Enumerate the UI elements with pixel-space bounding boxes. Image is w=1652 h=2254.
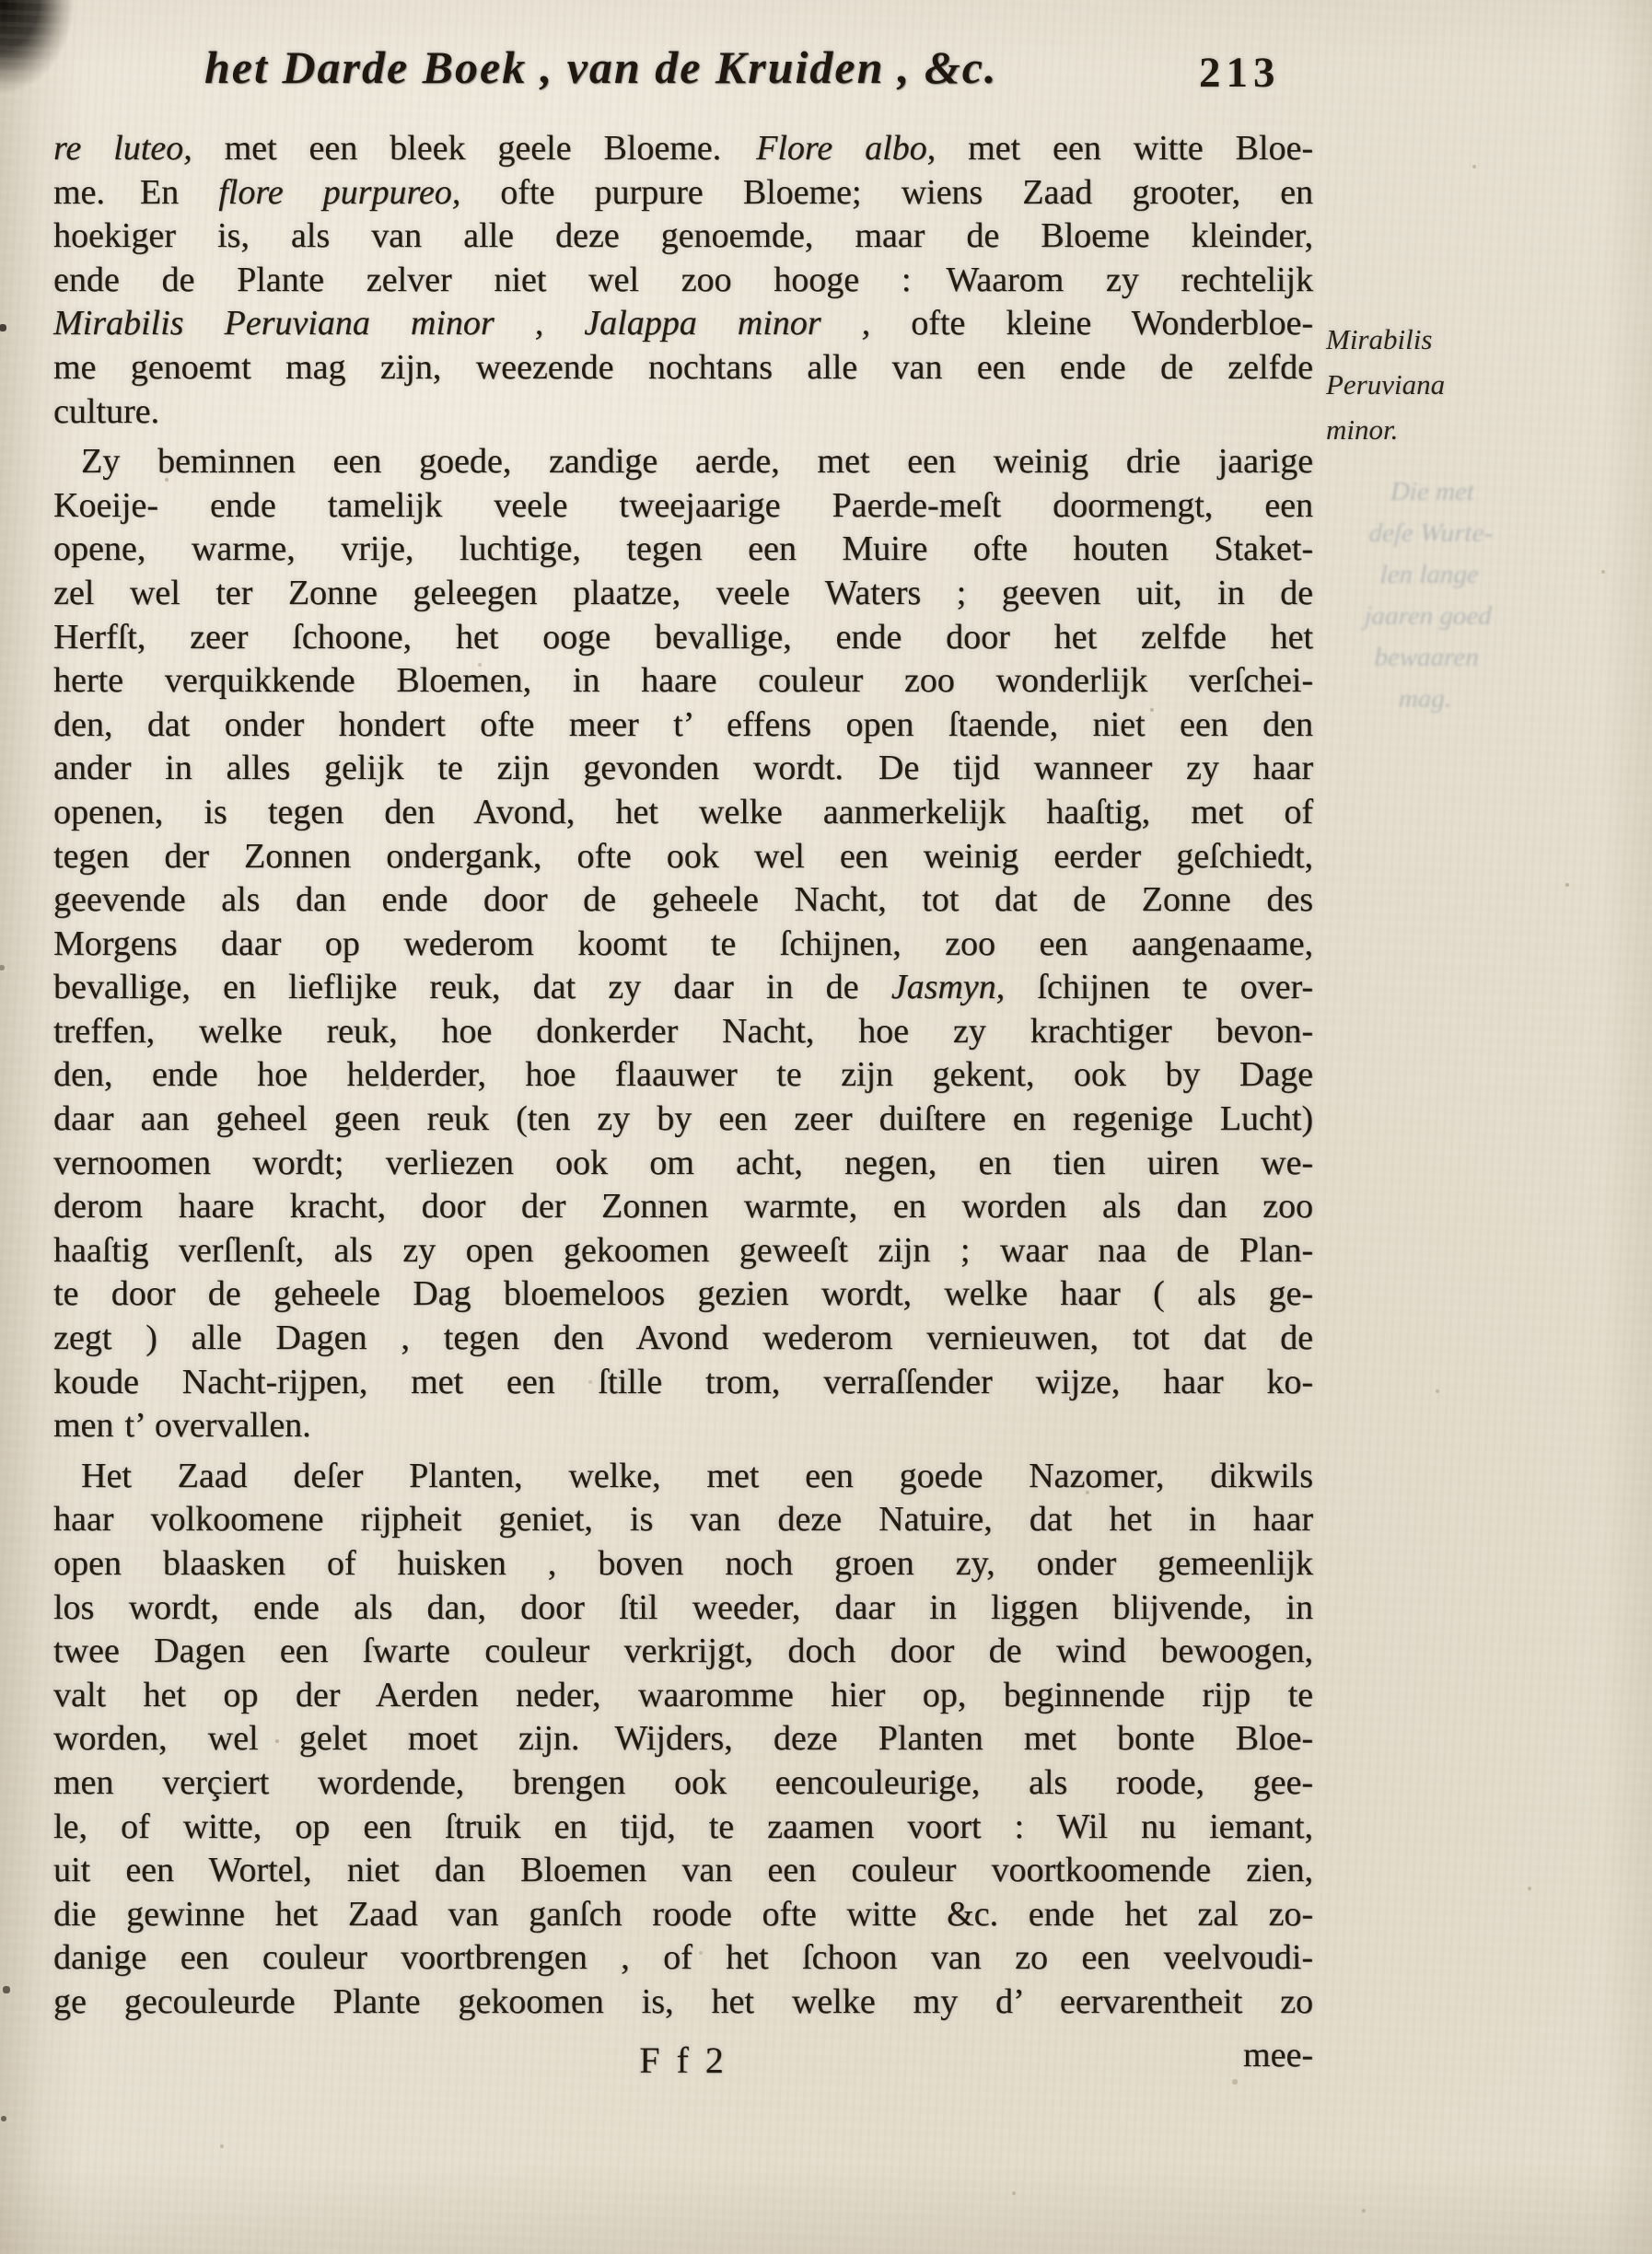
margin-note-line: minor. — [1326, 407, 1510, 452]
text-segment: ander in alles gelijk te zijn gevonden w… — [53, 749, 1313, 787]
text-line: valt het op der Aerden neder, waaromme h… — [53, 1674, 1313, 1718]
text-line: ende de Plante zelver niet wel zoo hooge… — [53, 259, 1313, 303]
margin-note: Mirabilis Peruviana minor. — [1326, 317, 1510, 452]
text-line: herte verquikkende Bloemen, in haare cou… — [53, 659, 1313, 703]
text-segment: koude Nacht-rijpen, met een ſtille trom,… — [53, 1363, 1313, 1401]
text-line: haar volkoomene rijpheit geniet, is van … — [53, 1498, 1313, 1542]
text-line: die gewinne het Zaad van ganſch roode of… — [53, 1893, 1313, 1937]
text-line: re luteo, met een bleek geele Bloeme. Fl… — [53, 127, 1313, 171]
text-line: me. En flore purpureo, ofte purpure Bloe… — [53, 171, 1313, 215]
text-line: los wordt, ende als dan, door ſtil weede… — [53, 1586, 1313, 1631]
text-segment: openen, is tegen den Avond, het welke aa… — [53, 793, 1313, 831]
catchword: mee- — [1243, 2035, 1313, 2075]
text-segment: haaſtig verſlenſt, als zy open gekoomen … — [53, 1231, 1313, 1270]
text-segment: met een witte Bloe- — [936, 129, 1313, 168]
page-footer: F f 2 mee- — [53, 2039, 1313, 2094]
text-line: zegt ) alle Dagen , tegen den Avond wede… — [53, 1317, 1313, 1361]
text-segment: zel wel ter Zonne geleegen plaatze, veel… — [53, 574, 1313, 612]
text-segment: daar aan geheel geen reuk (ten zy by een… — [53, 1099, 1313, 1138]
text-segment: ſchijnen te over- — [1005, 968, 1313, 1006]
text-segment: opene, warme, vrije, luchtige, tegen een… — [53, 529, 1313, 568]
text-line: men verçiert wordende, brengen ook eenco… — [53, 1761, 1313, 1806]
text-segment: valt het op der Aerden neder, waaromme h… — [53, 1676, 1313, 1714]
text-segment: uit een Wortel, niet dan Bloemen van een… — [53, 1851, 1313, 1889]
text-line: worden, wel gelet moet zijn. Wijders, de… — [53, 1717, 1313, 1761]
text-segment: derom haare kracht, door der Zonnen warm… — [53, 1187, 1313, 1226]
text-segment: te door de geheele Dag bloemeloos gezien… — [53, 1274, 1313, 1313]
text-segment: men verçiert wordende, brengen ook eenco… — [53, 1763, 1313, 1802]
text-line: uit een Wortel, niet dan Bloemen van een… — [53, 1849, 1313, 1893]
bleedthrough-line: bewaaren — [1327, 637, 1527, 679]
text-segment: men t’ overvallen. — [53, 1406, 311, 1445]
paper-specks — [0, 0, 2, 2]
text-segment: den, ende hoe helderder, hoe flaauwer te… — [53, 1055, 1313, 1094]
text-line: koude Nacht-rijpen, met een ſtille trom,… — [53, 1361, 1313, 1405]
bleedthrough-line: jaaren goed — [1328, 596, 1528, 637]
text-line: Herfſt, zeer ſchoone, het ooge bevallige… — [53, 616, 1313, 660]
text-line: Zy beminnen een goede, zandige aerde, me… — [53, 440, 1313, 484]
text-segment: ge gecouleurde Plante gekoomen is, het w… — [53, 1982, 1313, 2021]
text-line: den, dat onder hondert ofte meer t’ effe… — [53, 703, 1313, 748]
text-line: Het Zaad deſer Planten, welke, met een g… — [53, 1455, 1313, 1499]
italic-text-segment: Flore albo, — [756, 129, 936, 168]
margin-note-line: Peruviana — [1326, 362, 1510, 407]
text-segment: Zy beminnen een goede, zandige aerde, me… — [81, 442, 1313, 481]
bleedthrough-line: Die met — [1332, 471, 1532, 513]
page-number: 213 — [1199, 48, 1281, 98]
paragraph: Het Zaad deſer Planten, welke, met een g… — [53, 1455, 1313, 2025]
gathering-signature: F f 2 — [53, 2039, 1313, 2082]
text-line: bevallige, en lieflijke reuk, dat zy daa… — [53, 966, 1313, 1010]
text-segment: herte verquikkende Bloemen, in haare cou… — [53, 661, 1313, 700]
bleedthrough-line: deſe Wurte- — [1332, 513, 1531, 554]
text-line: Mirabilis Peruviana minor , Jalappa mino… — [53, 302, 1313, 346]
text-segment: treffen, welke reuk, hoe donkerder Nacht… — [53, 1012, 1313, 1051]
text-segment: vernoomen wordt; verliezen ook om acht, … — [53, 1144, 1313, 1182]
bleedthrough-line: mag. — [1325, 679, 1525, 720]
margin-note-line: Mirabilis — [1326, 317, 1510, 362]
text-segment: me genoemt mag zijn, weezende nochtans a… — [53, 348, 1313, 387]
text-line: open blaasken of huisken , boven noch gr… — [53, 1542, 1313, 1586]
paragraph: Zy beminnen een goede, zandige aerde, me… — [53, 440, 1313, 1448]
text-segment: bevallige, en lieflijke reuk, dat zy daa… — [53, 968, 891, 1006]
text-line: haaſtig verſlenſt, als zy open gekoomen … — [53, 1229, 1313, 1273]
text-segment: open blaasken of huisken , boven noch gr… — [53, 1544, 1313, 1583]
text-line: ander in alles gelijk te zijn gevonden w… — [53, 747, 1313, 791]
text-segment: ofte purpure Bloeme; wiens Zaad grooter,… — [460, 173, 1313, 212]
text-line: culture. — [53, 390, 1313, 435]
text-segment: tegen der Zonnen ondergank, ofte ook wel… — [53, 837, 1313, 876]
text-line: daar aan geheel geen reuk (ten zy by een… — [53, 1098, 1313, 1142]
text-segment: met een bleek geele Bloeme. — [192, 129, 757, 168]
text-segment: Herfſt, zeer ſchoone, het ooge bevallige… — [53, 618, 1313, 656]
book-page-scan: het Darde Boek , van de Kruiden , &c. 21… — [0, 0, 1652, 2254]
text-segment: ende de Plante zelver niet wel zoo hooge… — [53, 261, 1313, 299]
italic-text-segment: flore purpureo, — [218, 173, 460, 212]
italic-text-segment: Jasmyn, — [891, 968, 1005, 1006]
bleedthrough-margin-note: Die met deſe Wurte- len lange jaaren goe… — [1325, 471, 1531, 720]
text-line: vernoomen wordt; verliezen ook om acht, … — [53, 1142, 1313, 1186]
text-segment: me. En — [53, 173, 218, 212]
body-text: re luteo, met een bleek geele Bloeme. Fl… — [53, 127, 1313, 2025]
text-segment: le, of witte, op een ſtruik en tijd, te … — [53, 1807, 1313, 1846]
text-line: treffen, welke reuk, hoe donkerder Nacht… — [53, 1010, 1313, 1054]
text-segment: geevende als dan ende door de geheele Na… — [53, 880, 1313, 919]
text-segment: Morgens daar op wederom koomt te ſchijne… — [53, 924, 1313, 963]
text-segment: Koeije- ende tamelijk veele tweejaarige … — [53, 486, 1313, 525]
text-line: danige een couleur voortbrengen , of het… — [53, 1936, 1313, 1981]
text-line: opene, warme, vrije, luchtige, tegen een… — [53, 528, 1313, 572]
text-segment: Het Zaad deſer Planten, welke, met een g… — [81, 1457, 1313, 1495]
italic-text-segment: Mirabilis Peruviana minor , Jalappa mino… — [53, 304, 870, 343]
text-line: openen, is tegen den Avond, het welke aa… — [53, 791, 1313, 835]
text-segment: worden, wel gelet moet zijn. Wijders, de… — [53, 1719, 1313, 1758]
text-line: tegen der Zonnen ondergank, ofte ook wel… — [53, 835, 1313, 879]
running-header-title: het Darde Boek , van de Kruiden , &c. — [204, 41, 997, 94]
text-segment: danige een couleur voortbrengen , of het… — [53, 1938, 1313, 1977]
text-line: te door de geheele Dag bloemeloos gezien… — [53, 1272, 1313, 1317]
text-segment: twee Dagen een ſwarte couleur verkrijgt,… — [53, 1632, 1313, 1670]
text-segment: zegt ) alle Dagen , tegen den Avond wede… — [53, 1319, 1313, 1357]
text-line: geevende als dan ende door de geheele Na… — [53, 878, 1313, 923]
text-segment: ofte kleine Wonderbloe- — [870, 304, 1313, 343]
text-segment: los wordt, ende als dan, door ſtil weede… — [53, 1588, 1313, 1627]
text-line: Morgens daar op wederom koomt te ſchijne… — [53, 923, 1313, 967]
bleedthrough-line: len lange — [1330, 554, 1530, 596]
text-line: Koeije- ende tamelijk veele tweejaarige … — [53, 484, 1313, 529]
text-line: le, of witte, op een ſtruik en tijd, te … — [53, 1806, 1313, 1850]
text-line: zel wel ter Zonne geleegen plaatze, veel… — [53, 572, 1313, 616]
text-line: twee Dagen een ſwarte couleur verkrijgt,… — [53, 1630, 1313, 1674]
text-line: me genoemt mag zijn, weezende nochtans a… — [53, 346, 1313, 390]
text-line: men t’ overvallen. — [53, 1404, 1313, 1448]
text-line: ge gecouleurde Plante gekoomen is, het w… — [53, 1981, 1313, 2025]
text-segment: die gewinne het Zaad van ganſch roode of… — [53, 1895, 1313, 1934]
text-line: derom haare kracht, door der Zonnen warm… — [53, 1185, 1313, 1229]
paragraph: re luteo, met een bleek geele Bloeme. Fl… — [53, 127, 1313, 434]
italic-text-segment: re luteo, — [53, 129, 192, 168]
text-segment: den, dat onder hondert ofte meer t’ effe… — [53, 705, 1313, 744]
text-line: hoekiger is, als van alle deze genoemde,… — [53, 215, 1313, 259]
text-segment: hoekiger is, als van alle deze genoemde,… — [53, 216, 1313, 255]
text-line: den, ende hoe helderder, hoe flaauwer te… — [53, 1053, 1313, 1098]
text-segment: haar volkoomene rijpheit geniet, is van … — [53, 1500, 1313, 1539]
text-segment: culture. — [53, 392, 159, 431]
